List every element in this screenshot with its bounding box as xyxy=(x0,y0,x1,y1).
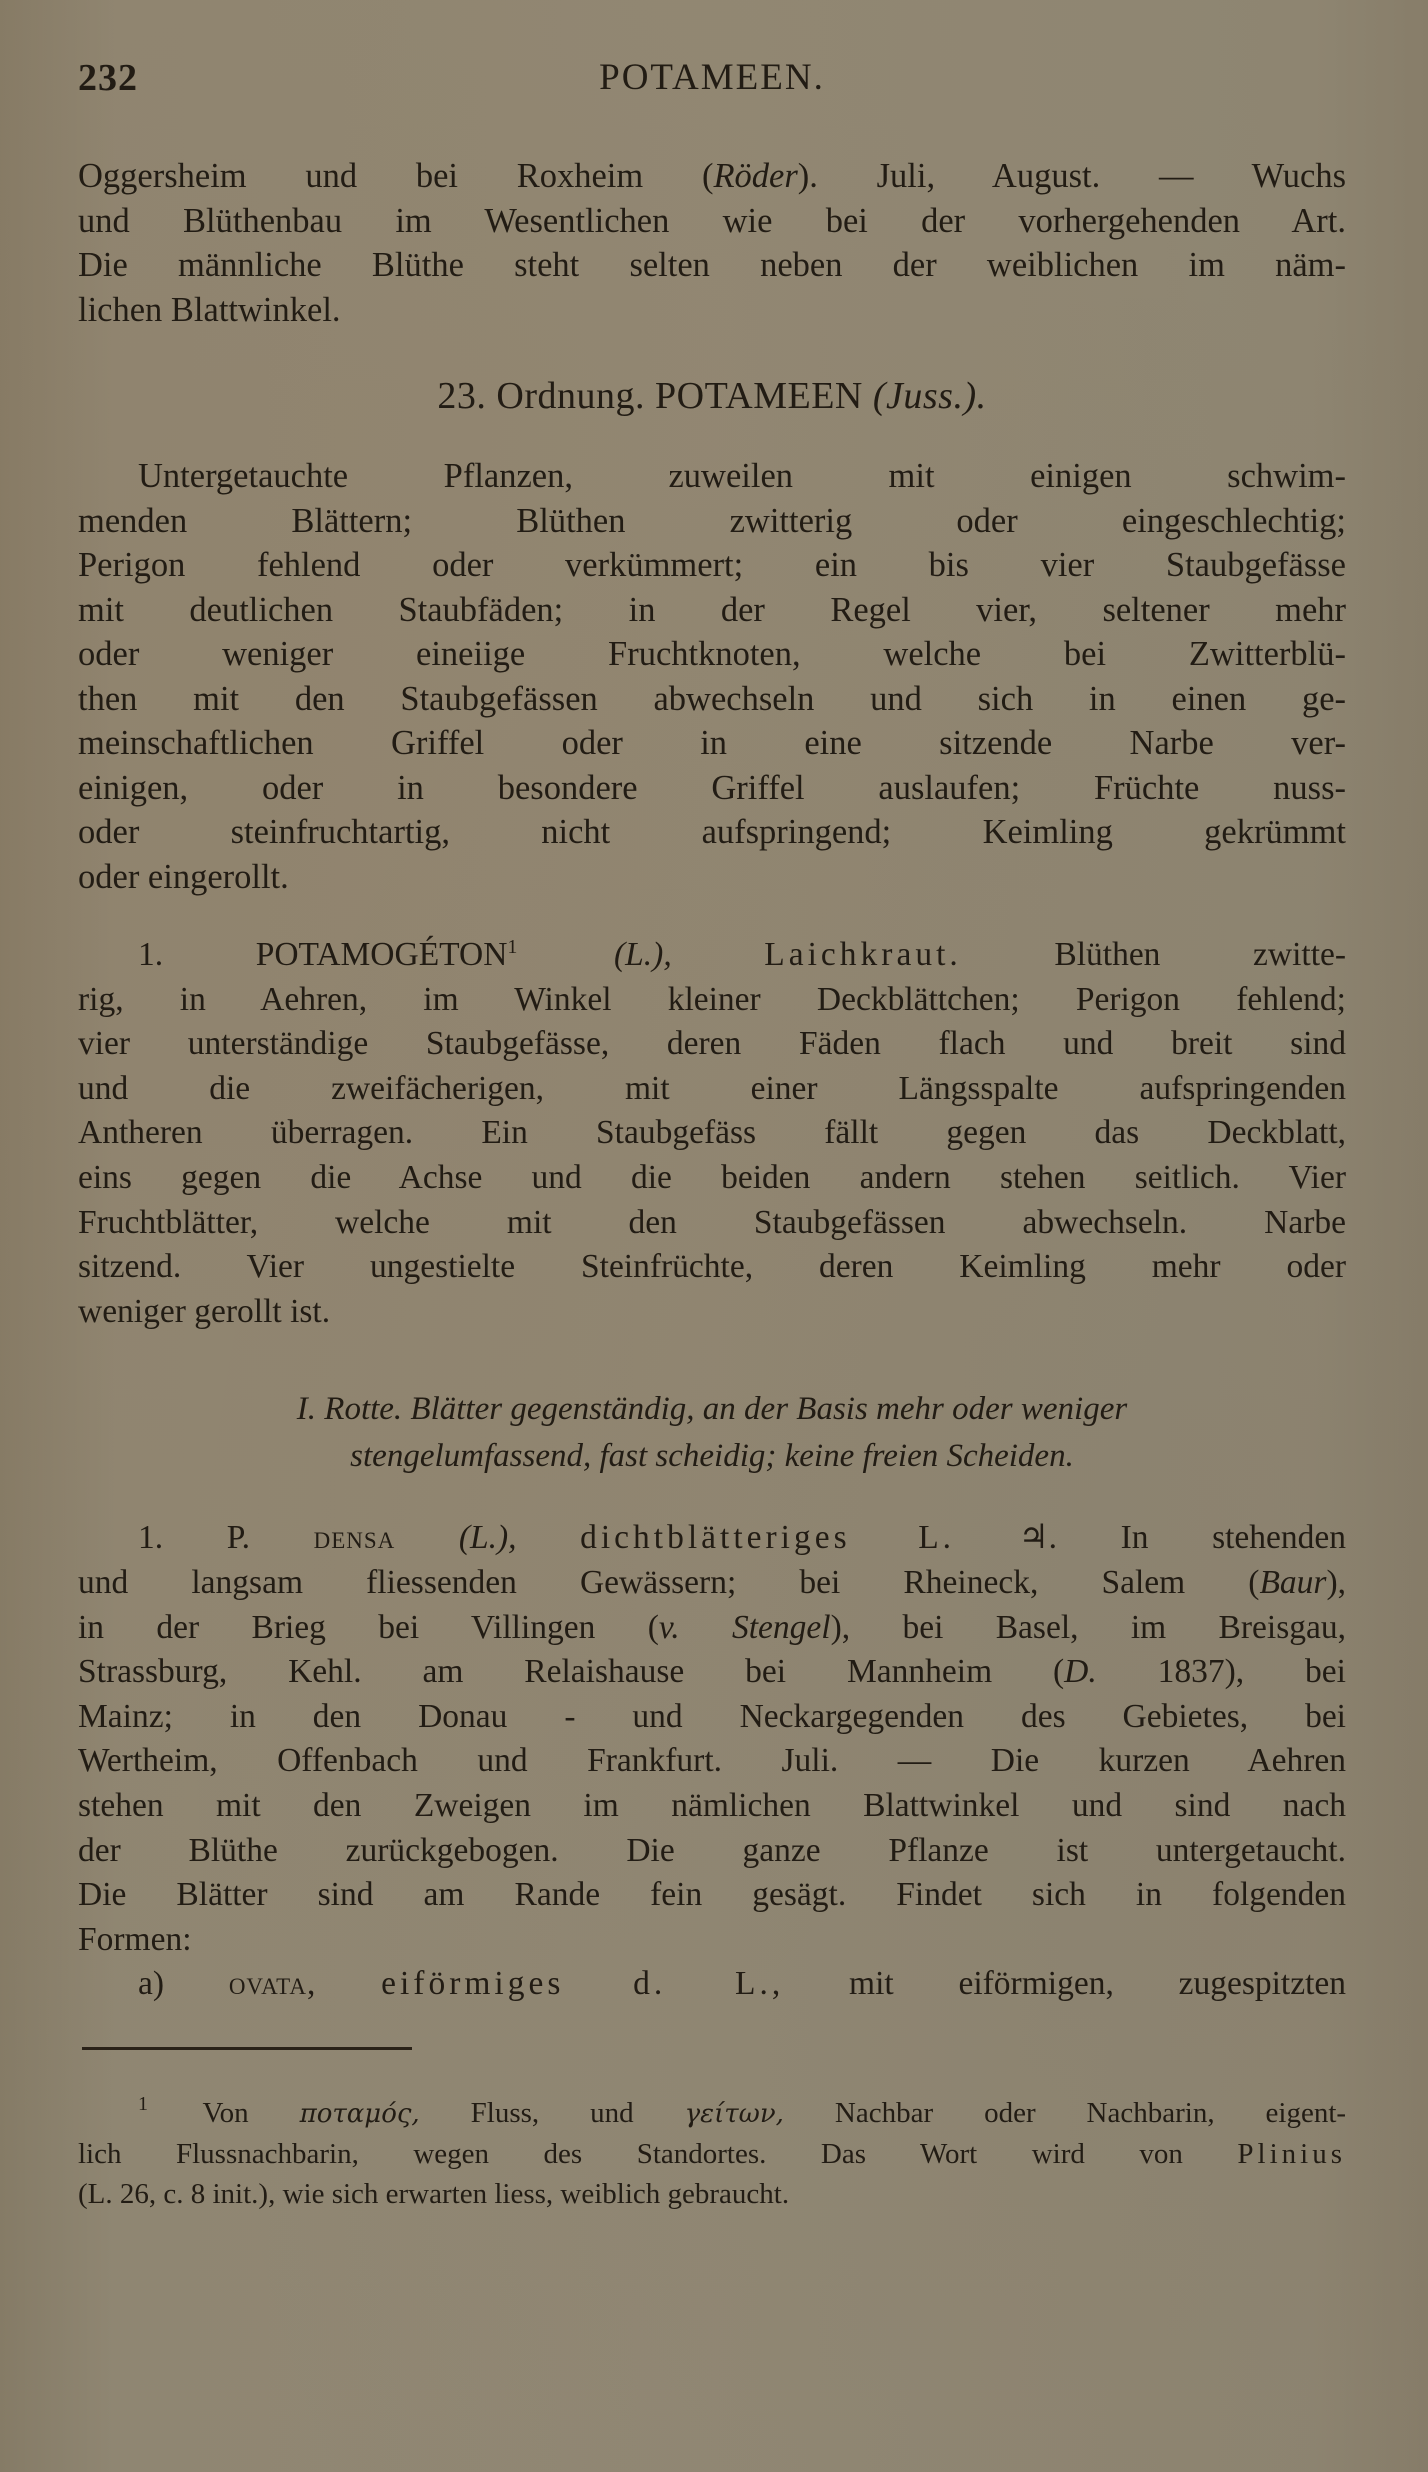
text-fragment: Fluss, und xyxy=(471,2097,634,2129)
continuation-paragraph: Oggersheim und bei Roxheim (Röder). Juli… xyxy=(78,154,1346,332)
footnote-divider xyxy=(82,2047,412,2050)
form-common-name: eiförmiges d. L., xyxy=(381,1965,784,2002)
form-label: a) xyxy=(138,1965,164,2002)
species-common-name: dichtblätteriges L. xyxy=(580,1519,955,1556)
species-heading-line: 1. P. densa (L.), dichtblätteriges L. ♃.… xyxy=(78,1516,1346,1561)
text-line: menden Blättern; Blüthen zwitterig oder … xyxy=(78,499,1346,544)
species-number: 1. P. xyxy=(138,1519,250,1556)
text-fragment: lich Flussnachbarin, wegen des Standorte… xyxy=(78,2138,1183,2170)
footnote-reference[interactable]: 1 xyxy=(507,936,517,958)
species-entry: 1. P. densa (L.), dichtblätteriges L. ♃.… xyxy=(78,1516,1346,2007)
author-citation: Röder xyxy=(713,157,797,195)
text-line: oder weniger eineiige Fruchtknoten, welc… xyxy=(78,632,1346,677)
genus-authority: (L.), xyxy=(614,936,672,973)
text-line: oder eingerollt. xyxy=(78,855,1346,900)
genus-entry: 1. POTAMOGÉTON1 (L.), Laichkraut. Blüthe… xyxy=(78,925,1346,1334)
genus-common-name: Laichkraut. xyxy=(764,936,961,973)
text-line: eins gegen die Achse und die beiden ande… xyxy=(78,1156,1346,1201)
text-line: Untergetauchte Pflanzen, zuweilen mit ei… xyxy=(78,454,1346,499)
text-line: Perigon fehlend oder verkümmert; ein bis… xyxy=(78,543,1346,588)
text-line: rig, in Aehren, im Winkel kleiner Deckbl… xyxy=(78,978,1346,1023)
running-title: POTAMEEN. xyxy=(78,56,1346,99)
form-entry: a) ovata, eiförmiges d. L., mit eiförmig… xyxy=(78,1962,1346,2007)
text-line: lichen Blattwinkel. xyxy=(78,288,1346,333)
text-line: Oggersheim und bei Roxheim (Röder). Juli… xyxy=(78,154,1346,199)
footnote-line: lich Flussnachbarin, wegen des Standorte… xyxy=(78,2134,1346,2174)
text-line: oder steinfruchtartig, nicht aufspringen… xyxy=(78,810,1346,855)
text-line: meinschaftlichen Griffel oder in eine si… xyxy=(78,721,1346,766)
rotte-line: I. Rotte. Blätter gegenständig, an der B… xyxy=(78,1386,1346,1433)
genus-name: POTAMOGÉTON xyxy=(256,936,508,973)
greek-term: ποταμός, xyxy=(300,2099,420,2129)
text-line: vier unterständige Staubgefässe, deren F… xyxy=(78,1022,1346,1067)
text-line: Fruchtblätter, welche mit den Staubgefäs… xyxy=(78,1201,1346,1246)
text-line: und langsam fliessenden Gewässern; bei R… xyxy=(78,1561,1346,1606)
order-name: POTAMEEN xyxy=(655,375,863,417)
species-authority: (L.), xyxy=(459,1519,517,1556)
rotte-heading: I. Rotte. Blätter gegenständig, an der B… xyxy=(78,1386,1346,1480)
footnote-mark: 1 xyxy=(138,2093,148,2115)
footnote-line: (L. 26, c. 8 init.), wie sich erwarten l… xyxy=(78,2174,1346,2214)
perennial-symbol-icon: ♃. xyxy=(1019,1519,1057,1556)
text-line: then mit den Staubgefässen abwechseln un… xyxy=(78,677,1346,722)
rotte-line: stengelumfassend, fast scheidig; keine f… xyxy=(78,1433,1346,1480)
order-number: 23. Ordnung. xyxy=(437,375,645,417)
text-fragment: Blüthen zwitte- xyxy=(1054,936,1346,973)
text-fragment: Nachbar oder Nachbarin, eigent- xyxy=(835,2097,1346,2129)
text-fragment: mit eiförmigen, zugespitzten xyxy=(849,1965,1346,2002)
text-line: in der Brieg bei Villingen (v. Stengel),… xyxy=(78,1606,1346,1651)
text-line: Mainz; in den Donau - und Neckargegenden… xyxy=(78,1695,1346,1740)
text-line: sitzend. Vier ungestielte Steinfrüchte, … xyxy=(78,1245,1346,1290)
book-page: 232 POTAMEEN. Oggersheim und bei Roxheim… xyxy=(78,48,1346,2214)
text-line: Die männliche Blüthe steht selten neben … xyxy=(78,243,1346,288)
text-line: und die zweifächerigen, mit einer Längss… xyxy=(78,1067,1346,1112)
footnote: 1 Von ποταμός, Fluss, und γείτων, Nachba… xyxy=(78,2084,1346,2214)
form-name: ovata, xyxy=(229,1965,317,2002)
order-description: Untergetauchte Pflanzen, zuweilen mit ei… xyxy=(78,454,1346,899)
text-line: stehen mit den Zweigen im nämlichen Blat… xyxy=(78,1784,1346,1829)
text-line: der Blüthe zurückgebogen. Die ganze Pfla… xyxy=(78,1829,1346,1874)
text-line: Formen: xyxy=(78,1918,1346,1963)
genus-number: 1. xyxy=(138,936,163,973)
text-line: Strassburg, Kehl. am Relaishause bei Man… xyxy=(78,1650,1346,1695)
footnote-line: 1 Von ποταμός, Fluss, und γείτων, Nachba… xyxy=(78,2084,1346,2134)
text-line: mit deutlichen Staubfäden; in der Regel … xyxy=(78,588,1346,633)
text-line: weniger gerollt ist. xyxy=(78,1290,1346,1335)
text-line: Wertheim, Offenbach und Frankfurt. Juli.… xyxy=(78,1739,1346,1784)
text-line: einigen, oder in besondere Griffel ausla… xyxy=(78,766,1346,811)
order-authority: (Juss.). xyxy=(873,375,987,417)
genus-heading-line: 1. POTAMOGÉTON1 (L.), Laichkraut. Blüthe… xyxy=(78,925,1346,978)
author-name: Plinius xyxy=(1237,2138,1346,2170)
order-heading: 23. Ordnung. POTAMEEN (Juss.). xyxy=(78,374,1346,418)
text-line: und Blüthenbau im Wesentlichen wie bei d… xyxy=(78,199,1346,244)
text-fragment: In stehenden xyxy=(1121,1519,1346,1556)
text-line: Die Blätter sind am Rande fein gesägt. F… xyxy=(78,1873,1346,1918)
text-fragment: Von xyxy=(202,2097,248,2129)
text-line: Antheren überragen. Ein Staubgefäss fäll… xyxy=(78,1111,1346,1156)
species-epithet: densa xyxy=(314,1519,396,1556)
greek-term: γείτων, xyxy=(685,2099,784,2129)
running-head: 232 POTAMEEN. xyxy=(78,48,1346,108)
